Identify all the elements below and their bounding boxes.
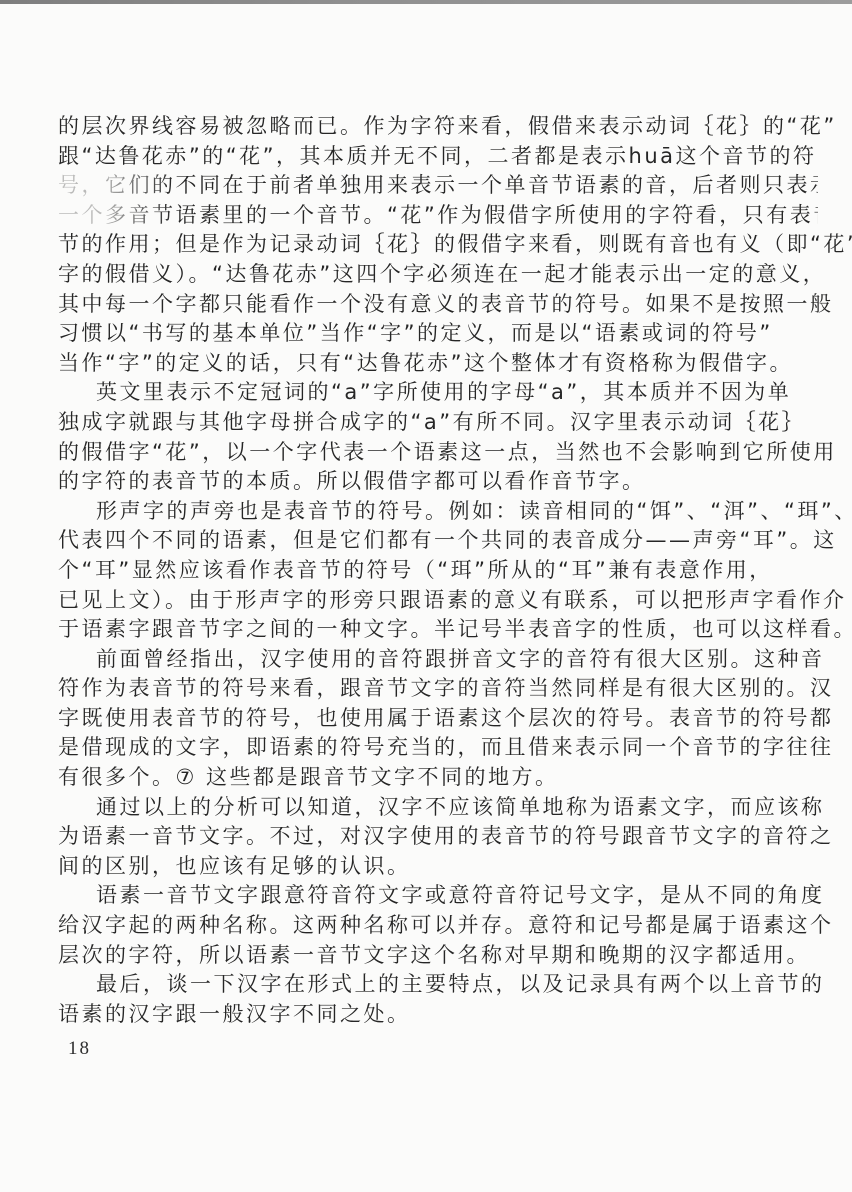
text-block: 的层次界线容易被忽略而已。作为字符来看，假借来表示动词｛花｝的“花”跟“达鲁花赤… [58,112,818,1029]
text-line: 其中每一个字都只能看作一个没有意义的表音节的符号。如果不是按照一般 [58,290,818,320]
text-line: 为语素一音节文字。不过，对汉字使用的表音节的符号跟音节文字的音符之 [58,822,818,852]
text-line: 形声字的声旁也是表音节的符号。例如：读音相同的“饵”、“洱”、“珥”、“铒” [58,497,818,527]
text-line: 节的作用；但是作为记录动词｛花｝的假借字来看，则既有音也有义（即“花” [58,230,818,260]
text-line: 跟“达鲁花赤”的“花”，其本质并无不同，二者都是表示huā这个音节的符 [58,142,818,172]
text-line: 的假借字“花”，以一个字代表一个语素这一点，当然也不会影响到它所使用 [58,438,818,468]
text-line: 的字符的表音节的本质。所以假借字都可以看作音节字。 [58,467,818,497]
text-line: 号，它们的不同在于前者单独用来表示一个单音节语素的音，后者则只表示 [58,171,818,201]
text-line: 独成字就跟与其他字母拼合成字的“a”有所不同。汉字里表示动词｛花｝ [58,408,818,438]
text-line: 当作“字”的定义的话，只有“达鲁花赤”这个整体才有资格称为假借字。 [58,349,818,379]
text-line: 语素的汉字跟一般汉字不同之处。 [58,1000,818,1030]
text-line: 已见上文）。由于形声字的形旁只跟语素的意义有联系，可以把形声字看作介 [58,586,818,616]
text-line: 最后，谈一下汉字在形式上的主要特点，以及记录具有两个以上音节的 [58,970,818,1000]
text-line: 通过以上的分析可以知道，汉字不应该简单地称为语素文字，而应该称 [58,793,818,823]
text-line: 的层次界线容易被忽略而已。作为字符来看，假借来表示动词｛花｝的“花” [58,112,818,142]
text-line: 字既使用表音节的符号，也使用属于语素这个层次的符号。表音节的符号都 [58,704,818,734]
text-line: 英文里表示不定冠词的“a”字所使用的字母“a”，其本质并不因为单 [58,378,818,408]
text-line: 前面曾经指出，汉字使用的音符跟拼音文字的音符有很大区别。这种音 [58,645,818,675]
text-line: 间的区别，也应该有足够的认识。 [58,852,818,882]
text-line: 个“耳”显然应该看作表音节的符号（“珥”所从的“耳”兼有表意作用， [58,556,818,586]
text-line: 代表四个不同的语素，但是它们都有一个共同的表音成分——声旁“耳”。这 [58,526,818,556]
scanned-document-page: 的层次界线容易被忽略而已。作为字符来看，假借来表示动词｛花｝的“花”跟“达鲁花赤… [0,0,852,1192]
text-line: 是借现成的文字，即语素的符号充当的，而且借来表示同一个音节的字往往 [58,733,818,763]
text-line: 层次的字符，所以语素一音节文字这个名称对早期和晚期的汉字都适用。 [58,941,818,971]
text-line: 一个多音节语素里的一个音节。“花”作为假借字所使用的字符看，只有表音 [58,201,818,231]
text-line: 给汉字起的两种名称。这两种名称可以并存。意符和记号都是属于语素这个 [58,911,818,941]
page-number: 18 [68,1038,91,1060]
scan-top-edge [0,0,852,4]
text-line: 于语素字跟音节字之间的一种文字。半记号半表音字的性质，也可以这样看。 [58,615,818,645]
text-line: 符作为表音节的符号来看，跟音节文字的音符当然同样是有很大区别的。汉 [58,674,818,704]
text-line: 语素一音节文字跟意符音符文字或意符音符记号文字，是从不同的角度 [58,881,818,911]
text-line: 习惯以“书写的基本单位”当作“字”的定义，而是以“语素或词的符号” [58,319,818,349]
text-line: 字的假借义）。“达鲁花赤”这四个字必须连在一起才能表示出一定的意义， [58,260,818,290]
text-line: 有很多个。⑦ 这些都是跟音节文字不同的地方。 [58,763,818,793]
